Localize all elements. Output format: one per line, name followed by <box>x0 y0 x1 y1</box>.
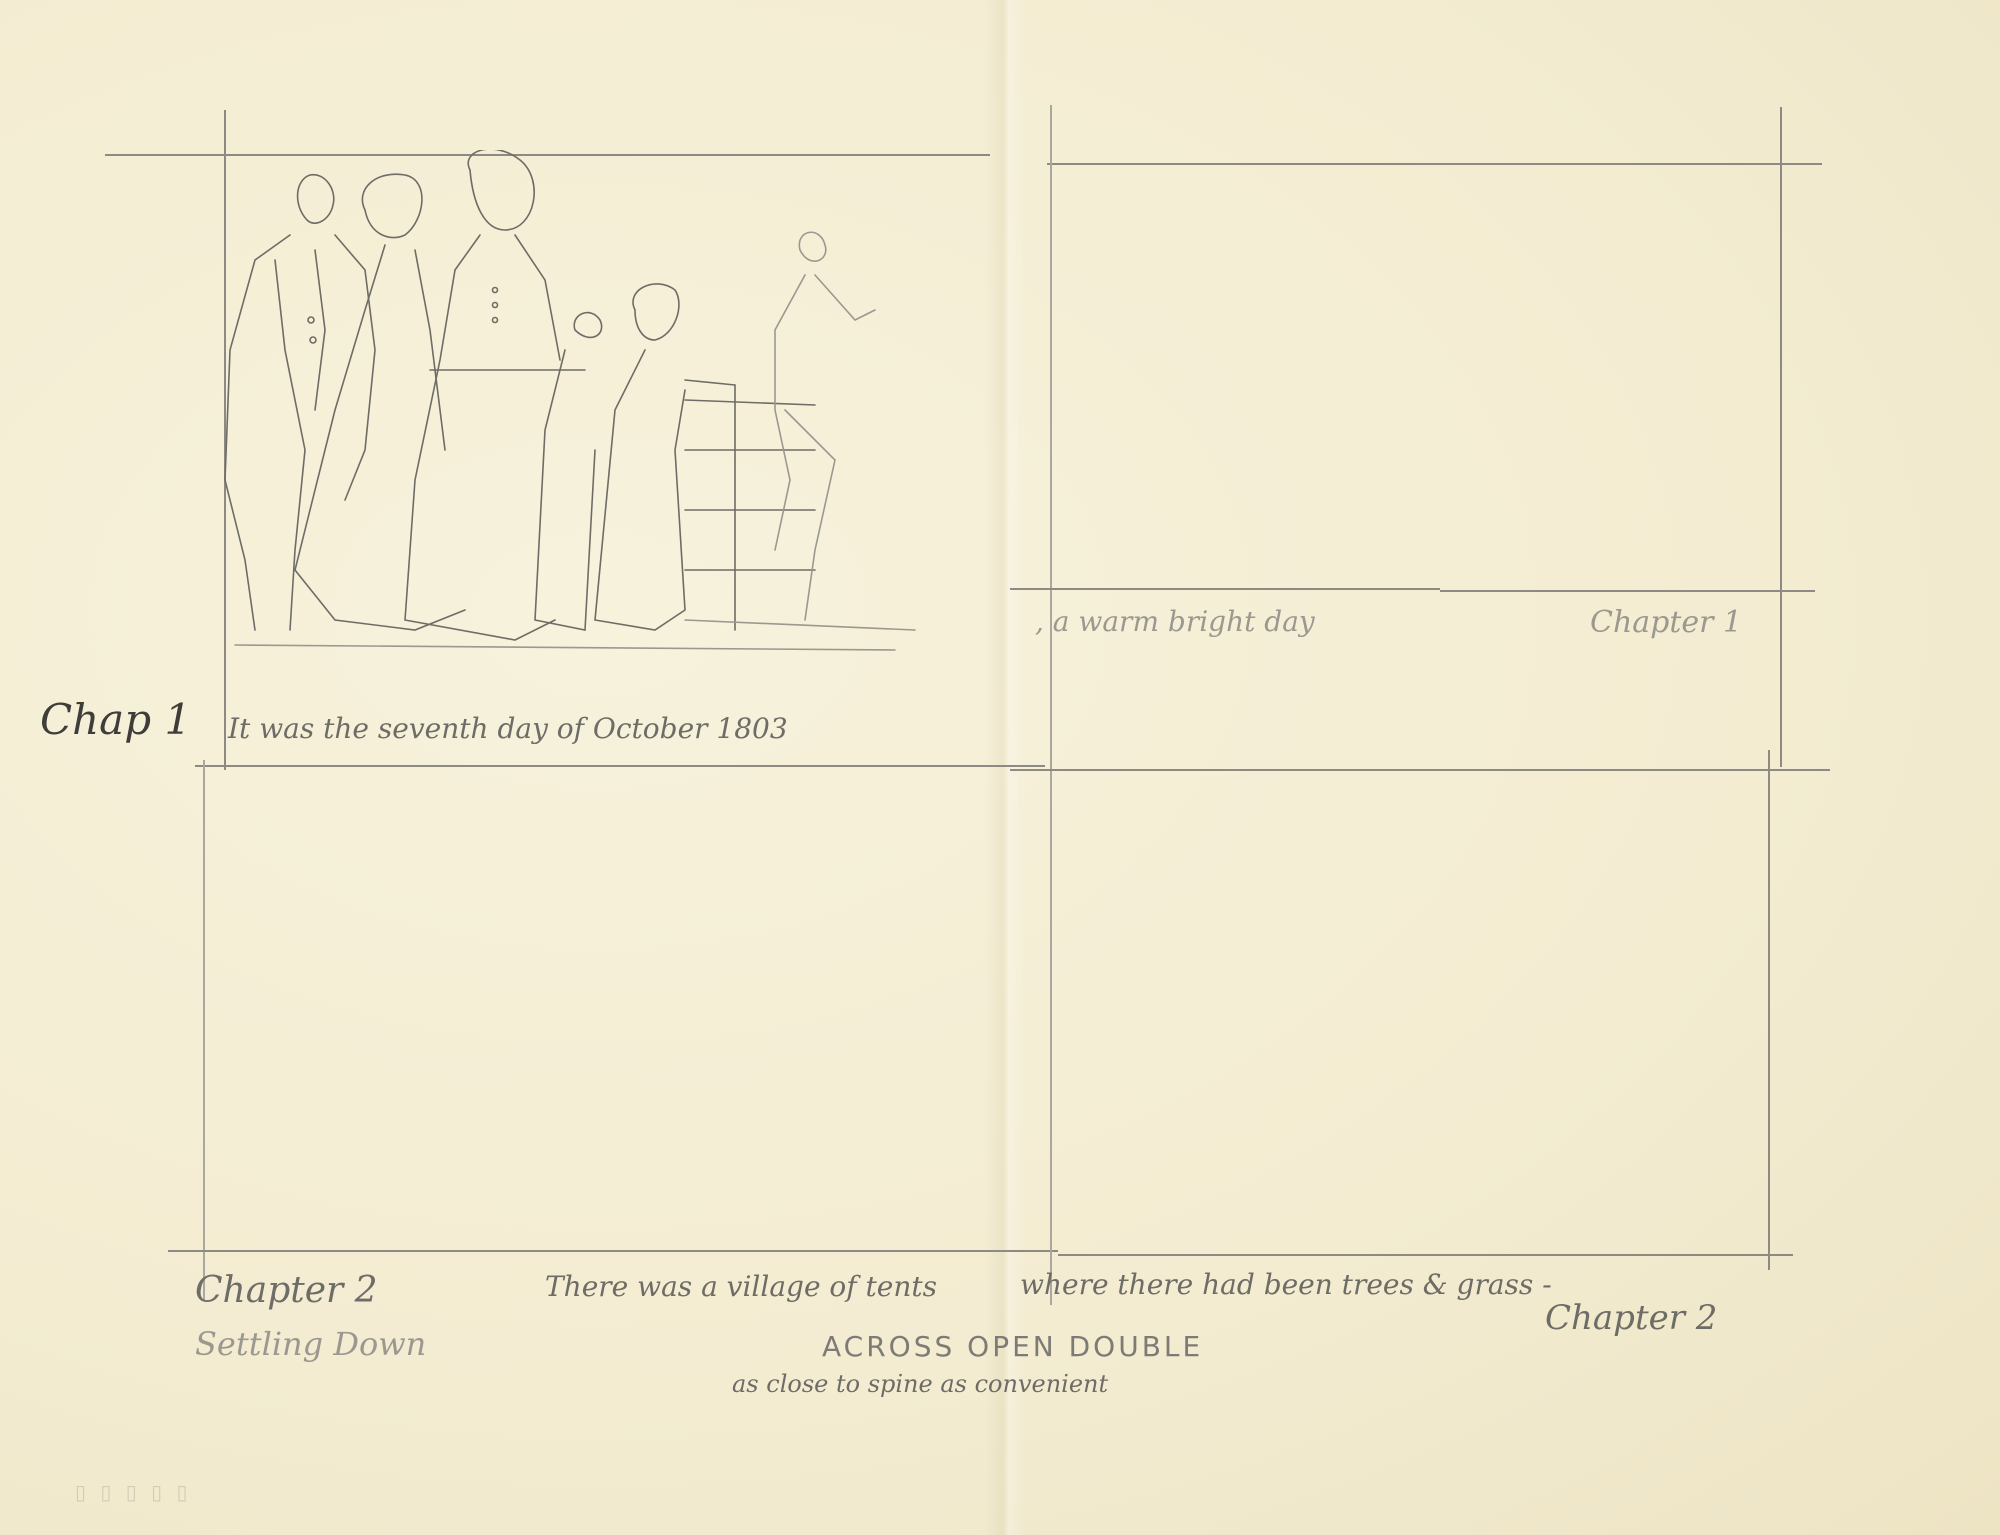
faint-stamp-mark: ▯ ▯ ▯ ▯ ▯ <box>75 1480 191 1504</box>
left-margin-line-lower <box>203 760 205 1300</box>
gutter-line-right <box>1050 105 1052 1305</box>
family-group-sketch-icon <box>215 150 1015 670</box>
right-margin-line-lower <box>1768 750 1770 1270</box>
chapter-2-right-label: Chapter 2 <box>1545 1298 1717 1338</box>
chap1-right-rule <box>1010 588 1440 590</box>
layout-note: ACROSS OPEN DOUBLE <box>822 1330 1203 1363</box>
bottom-rule-left <box>168 1250 1058 1252</box>
chap1-baseline-rule <box>195 765 1045 767</box>
chap-2-caption-left: There was a village of tents <box>545 1270 937 1303</box>
right-margin-line-upper <box>1780 107 1782 767</box>
chapter-1-right-label: Chapter 1 <box>1590 605 1742 640</box>
chap-2-caption-right: where there had been trees & grass - <box>1020 1268 1552 1301</box>
bottom-rule-right <box>1058 1254 1793 1256</box>
chapter-2-subtitle: Settling Down <box>195 1325 426 1363</box>
top-rule-right <box>1047 163 1822 165</box>
chap-1-caption-left: It was the seventh day of October 1803 <box>228 712 788 745</box>
mid-rule-right <box>1010 769 1830 771</box>
layout-subnote: as close to spine as convenient <box>732 1370 1108 1398</box>
chap1-right-rule-2 <box>1440 590 1815 592</box>
chap-1-label: Chap 1 <box>40 695 191 744</box>
chap-1-caption-right: , a warm bright day <box>1035 605 1315 638</box>
chapter-2-label: Chapter 2 <box>195 1270 378 1311</box>
chapter-1-illustration <box>215 150 1015 670</box>
